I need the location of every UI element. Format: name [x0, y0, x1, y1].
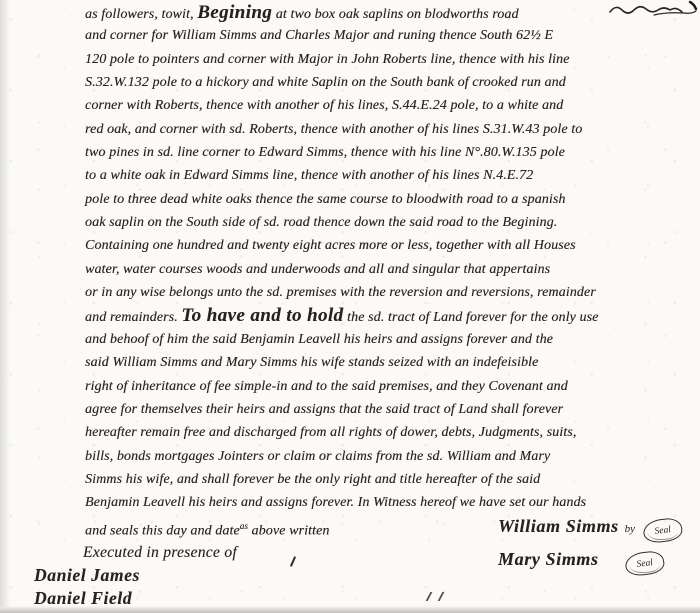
emphasized-phrase: Begining: [197, 2, 272, 23]
document-line: hereafter remain free and discharged fro…: [85, 421, 695, 444]
text-segment: and behoof of him the said Benjamin Leav…: [85, 332, 553, 347]
witness-heading: Executed in presence of: [83, 544, 237, 562]
document-line: to a white oak in Edward Simms line, the…: [85, 164, 695, 187]
text-segment: Containing one hundred and twenty eight …: [85, 238, 576, 253]
ink-speck-mark: [426, 592, 445, 601]
document-line: Containing one hundred and twenty eight …: [85, 234, 695, 257]
document-line: as followers, towit, Begining at two box…: [85, 1, 695, 24]
text-segment: red oak, and corner with sd. Roberts, th…: [85, 122, 582, 137]
text-segment: oak saplin on the South side of sd. road…: [85, 215, 557, 230]
text-segment: and corner for William Simms and Charles…: [85, 28, 553, 43]
document-line: and corner for William Simms and Charles…: [85, 24, 695, 47]
document-line: red oak, and corner with sd. Roberts, th…: [85, 118, 695, 141]
document-line: said William Simms and Mary Simms his wi…: [85, 351, 695, 374]
signature-row-mary: Mary SimmsSeal: [498, 549, 664, 573]
scan-edge-bottom: [0, 606, 700, 613]
pen-tick-mark: [290, 556, 296, 567]
scan-edge-left: [0, 0, 10, 613]
text-segment: Benjamin Leavell his heirs and assigns f…: [85, 495, 586, 510]
document-line: and remainders. To have and to hold the …: [85, 304, 695, 327]
document-line: Benjamin Leavell his heirs and assigns f…: [85, 491, 695, 514]
text-segment: S.32.W.132 pole to a hickory and white S…: [85, 75, 566, 90]
ink-scribble-icon: [608, 0, 698, 20]
signature-mary-simms: Mary Simms: [498, 549, 599, 569]
document-line: corner with Roberts, thence with another…: [85, 94, 695, 117]
signature-william-simms: William Simms: [498, 516, 619, 536]
text-segment: or in any wise belongs unto the sd. prem…: [85, 285, 596, 300]
text-segment: agree for themselves their heirs and ass…: [85, 402, 563, 417]
document-line: two pines in sd. line corner to Edward S…: [85, 141, 695, 164]
signature-row-william: William SimmsbySeal: [498, 516, 682, 540]
text-segment: pole to three dead white oaks thence the…: [85, 192, 565, 207]
document-line: S.32.W.132 pole to a hickory and white S…: [85, 71, 695, 94]
document-page: as followers, towit, Begining at two box…: [0, 0, 700, 613]
text-segment: at two box oak saplins on blodworths roa…: [272, 7, 518, 22]
text-segment: bills, bonds mortgages Jointers or claim…: [85, 449, 550, 464]
text-segment: and seals this day and date: [85, 523, 240, 538]
document-line: or in any wise belongs unto the sd. prem…: [85, 281, 695, 304]
text-segment: as followers, towit,: [85, 7, 197, 22]
document-line: Simms his wife, and shall forever be the…: [85, 468, 695, 491]
document-line: and behoof of him the said Benjamin Leav…: [85, 328, 695, 351]
document-line: pole to three dead white oaks thence the…: [85, 188, 695, 211]
witness-daniel-james: Daniel James: [34, 565, 140, 586]
document-line: 120 pole to pointers and corner with Maj…: [85, 48, 695, 71]
text-segment: corner with Roberts, thence with another…: [85, 98, 563, 113]
text-segment: said William Simms and Mary Simms his wi…: [85, 355, 538, 370]
emphasized-phrase: To have and to hold: [181, 305, 343, 326]
text-segment: and remainders.: [85, 310, 181, 325]
text-segment: water, water courses woods and underwood…: [85, 262, 550, 277]
signature-by-text: by: [625, 523, 635, 535]
seal-label: Seal: [654, 525, 671, 537]
document-line: right of inheritance of fee simple-in an…: [85, 375, 695, 398]
document-line: agree for themselves their heirs and ass…: [85, 398, 695, 421]
text-segment: the sd. tract of Land forever for the on…: [343, 310, 598, 325]
text-segment: two pines in sd. line corner to Edward S…: [85, 145, 565, 160]
document-line: water, water courses woods and underwood…: [85, 258, 695, 281]
seal-icon: Seal: [624, 550, 666, 578]
text-segment: as: [240, 521, 248, 531]
document-line: oak saplin on the South side of sd. road…: [85, 211, 695, 234]
body-lines: as followers, towit, Begining at two box…: [85, 1, 695, 546]
seal-label: Seal: [636, 558, 653, 570]
text-segment: Simms his wife, and shall forever be the…: [85, 472, 540, 487]
text-segment: 120 pole to pointers and corner with Maj…: [85, 52, 569, 67]
text-segment: above written: [248, 523, 330, 538]
text-segment: hereafter remain free and discharged fro…: [85, 425, 576, 440]
document-line: bills, bonds mortgages Jointers or claim…: [85, 445, 695, 468]
text-segment: to a white oak in Edward Simms line, the…: [85, 168, 533, 183]
text-segment: right of inheritance of fee simple-in an…: [85, 379, 568, 394]
